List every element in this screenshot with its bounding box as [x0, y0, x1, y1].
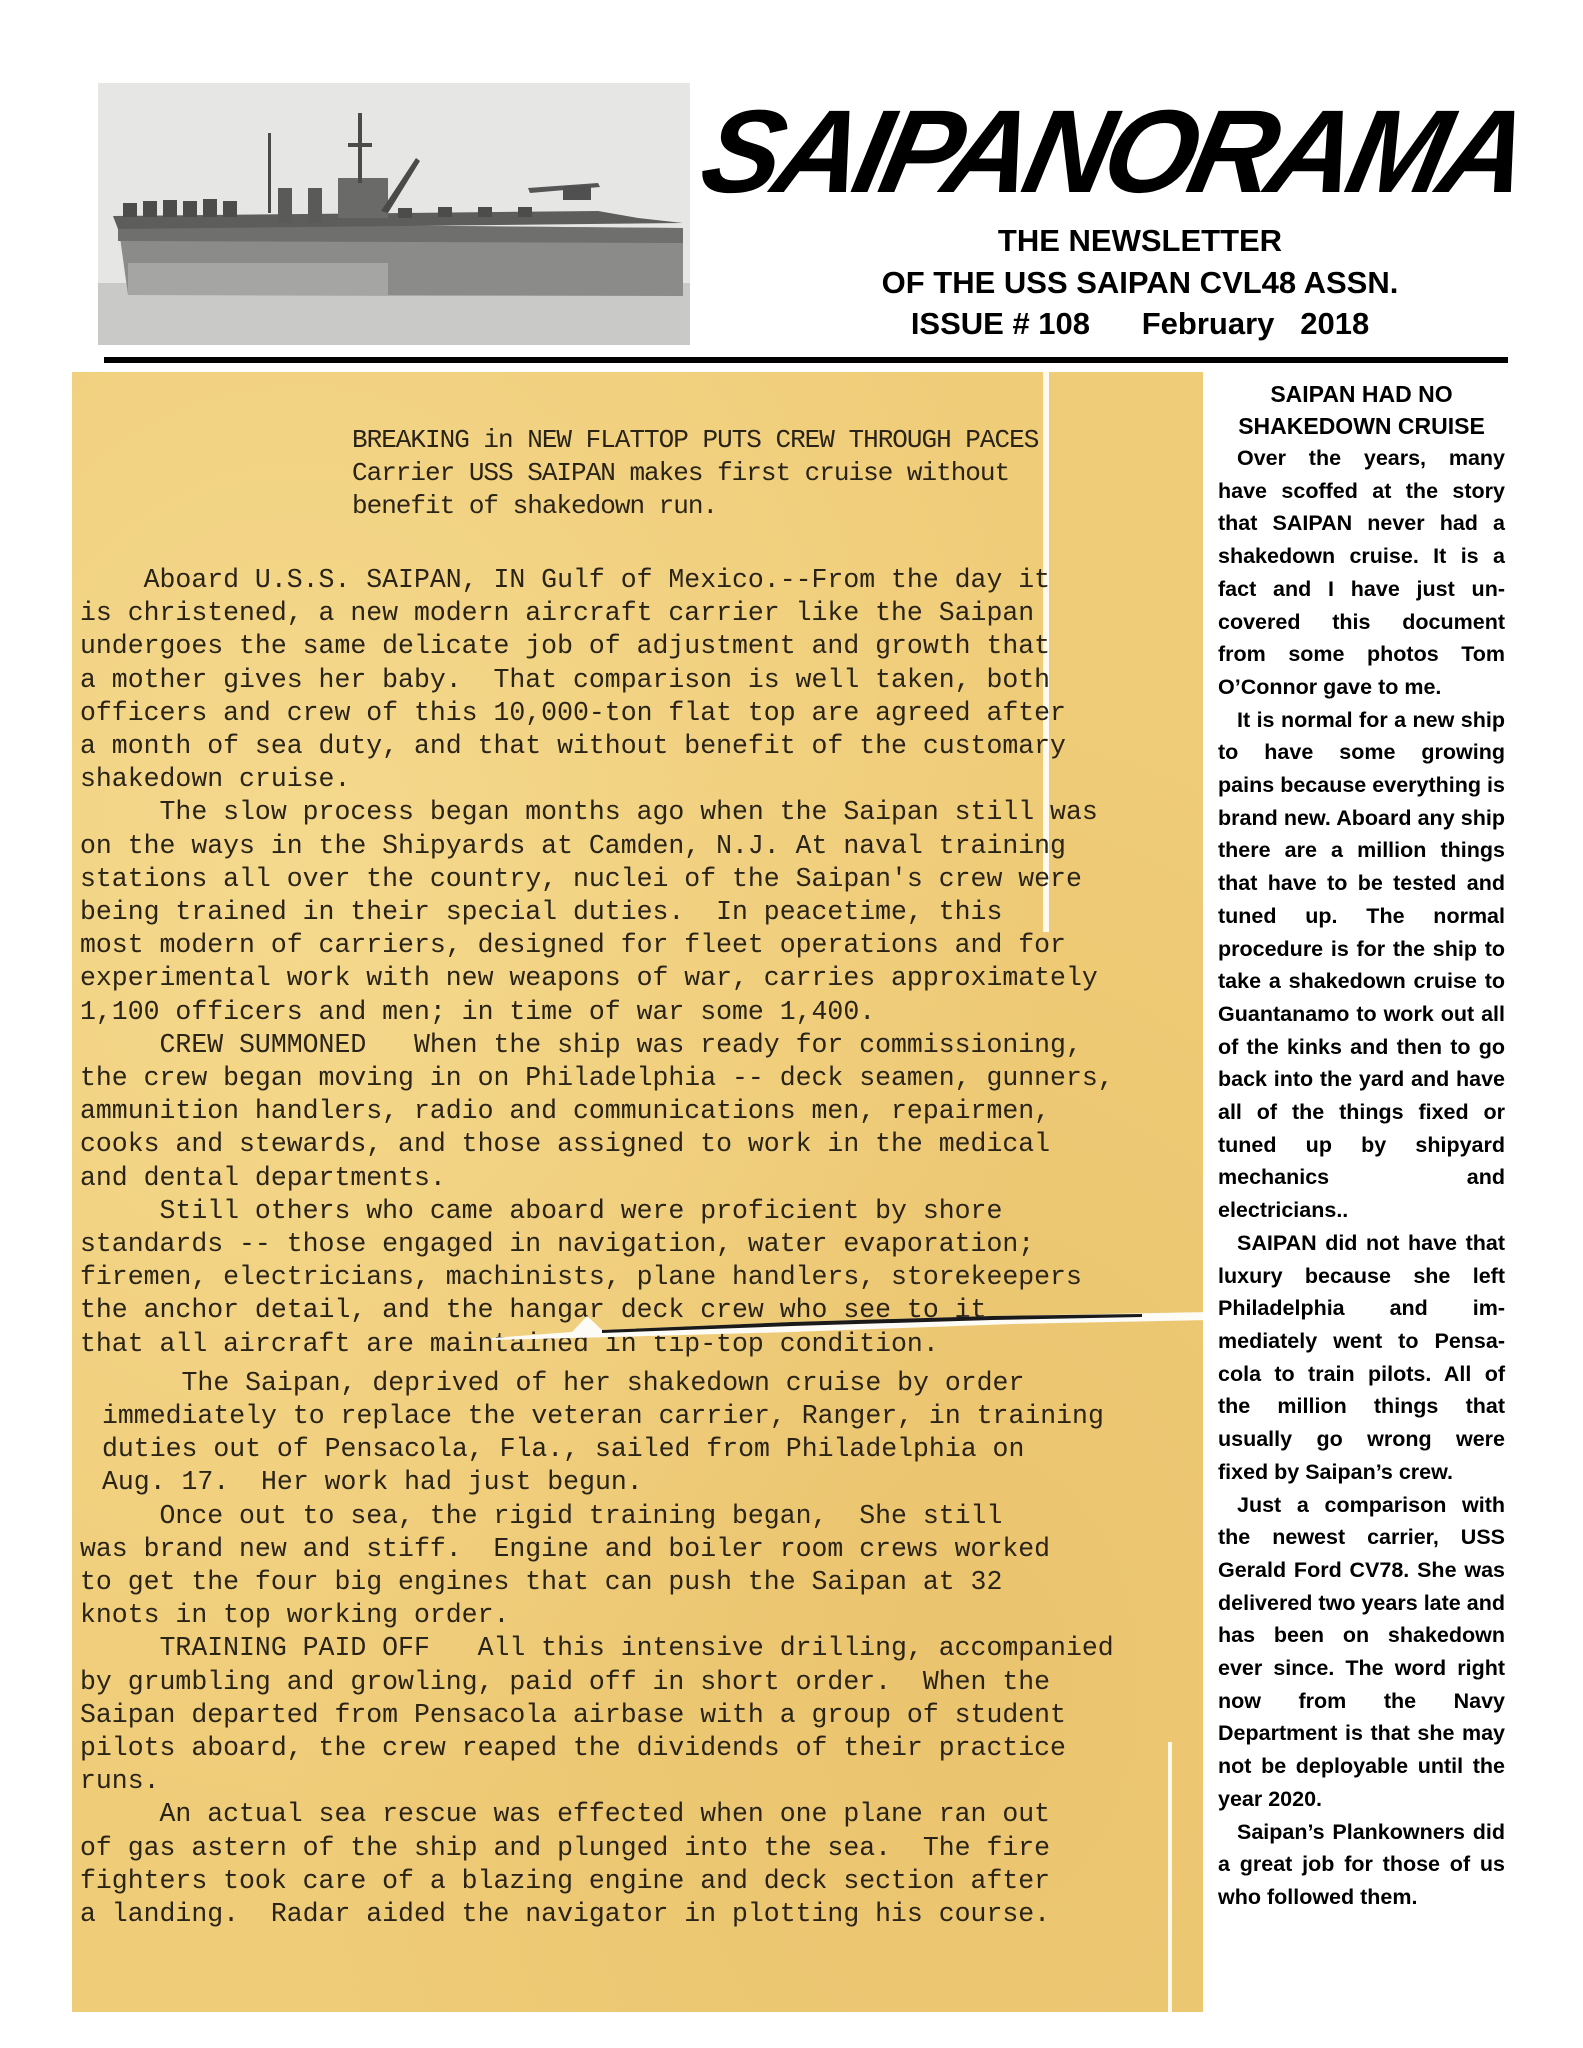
document-body-line: The Saipan, deprived of her shakedown cr… [102, 1367, 1024, 1400]
document-body-line: pilots aboard, the crew reaped the divid… [80, 1732, 1066, 1765]
document-body-line: undergoes the same delicate job of adjus… [80, 630, 1050, 663]
sidebar-article: SAIPAN HAD NO SHAKEDOWN CRUISE Over the … [1218, 378, 1505, 1914]
document-body-line: duties out of Pensacola, Fla., sailed fr… [102, 1433, 1024, 1466]
document-body-line: Aug. 17. Her work had just begun. [102, 1466, 643, 1499]
paper-tear [492, 1310, 1203, 1340]
document-body-line: was brand new and stiff. Engine and boil… [80, 1533, 1050, 1566]
document-body-line: being trained in their special duties. I… [80, 896, 1002, 929]
document-body-line: to get the four big engines that can pus… [80, 1566, 1002, 1599]
document-body-line: most modern of carriers, designed for fl… [80, 929, 1066, 962]
document-body-line: Still others who came aboard were profic… [80, 1195, 1002, 1228]
document-body-line: CREW SUMMONED When the ship was ready fo… [80, 1029, 1082, 1062]
document-body-line: Once out to sea, the rigid training bega… [80, 1500, 1002, 1533]
document-body-line: 1,100 officers and men; in time of war s… [80, 996, 875, 1029]
article-paragraph: Over the years, many have scoffed at the… [1218, 442, 1505, 704]
newsletter-title: SAIPANORAMA [692, 92, 1518, 212]
document-body-line: cooks and stewards, and those assigned t… [80, 1128, 1050, 1161]
document-body-line: Saipan departed from Pensacola airbase w… [80, 1699, 1066, 1732]
article-paragraph: Saipan’s Plankowners did a great job for… [1218, 1816, 1505, 1914]
document-body-line: The slow process began months ago when t… [80, 796, 1098, 829]
document-body-line: and dental departments. [80, 1162, 446, 1195]
document-body-line: stations all over the country, nuclei of… [80, 863, 1082, 896]
document-body-line: a mother gives her baby. That comparison… [80, 664, 1050, 697]
document-body-line: by grumbling and growling, paid off in s… [80, 1666, 1050, 1699]
document-body-line: knots in top working order. [80, 1599, 509, 1632]
document-body-line: ammunition handlers, radio and communica… [80, 1095, 1050, 1128]
document-headline-line: benefit of shakedown run. [352, 490, 717, 523]
newsletter-subtitle: THE NEWSLETTER [820, 222, 1460, 260]
document-headline-line: BREAKING in NEW FLATTOP PUTS CREW THROUG… [352, 424, 1038, 457]
aircraft-carrier-photo [98, 83, 690, 345]
ship-illustration [98, 83, 690, 345]
document-headline-line: Carrier USS SAIPAN makes first cruise wi… [352, 457, 1009, 490]
association-name: OF THE USS SAIPAN CVL48 ASSN. [820, 264, 1460, 302]
issue-line: ISSUE # 108 February 2018 [820, 305, 1460, 343]
issue-number: ISSUE # 108 [911, 306, 1090, 341]
document-body-line: is christened, a new modern aircraft car… [80, 597, 1034, 630]
document-body-line: shakedown cruise. [80, 763, 350, 796]
document-body-line: standards -- those engaged in navigation… [80, 1228, 1034, 1261]
document-body-line: runs. [80, 1765, 160, 1798]
document-body-line: experimental work with new weapons of wa… [80, 962, 1098, 995]
document-body-line: immediately to replace the veteran carri… [102, 1400, 1104, 1433]
document-body-line: a month of sea duty, and that without be… [80, 730, 1066, 763]
document-body-line: a landing. Radar aided the navigator in … [80, 1898, 1050, 1931]
paper-crease [1168, 1742, 1172, 2012]
document-body-line: firemen, electricians, machinists, plane… [80, 1261, 1082, 1294]
document-body-line: fighters took care of a blazing engine a… [80, 1865, 1050, 1898]
document-body-line: TRAINING PAID OFF All this intensive dri… [80, 1632, 1114, 1665]
document-body-line: the crew began moving in on Philadelphia… [80, 1062, 1114, 1095]
document-body-line: of gas astern of the ship and plunged in… [80, 1832, 1050, 1865]
header-divider [104, 357, 1508, 363]
typewritten-document: BREAKING in NEW FLATTOP PUTS CREW THROUG… [72, 372, 1203, 2012]
document-body-line: on the ways in the Shipyards at Camden, … [80, 830, 1066, 863]
article-paragraph: SAIPAN did not have that luxury because … [1218, 1227, 1505, 1489]
document-body-line: officers and crew of this 10,000-ton fla… [80, 697, 1066, 730]
document-body-line: Aboard U.S.S. SAIPAN, IN Gulf of Mexico.… [80, 564, 1050, 597]
article-heading: SAIPAN HAD NO SHAKEDOWN CRUISE [1218, 378, 1505, 442]
issue-date: February 2018 [1142, 306, 1369, 341]
article-paragraph: It is normal for a new ship to have some… [1218, 704, 1505, 1227]
document-body-line: An actual sea rescue was effected when o… [80, 1798, 1050, 1831]
article-paragraph: Just a comparison with the newest carrie… [1218, 1489, 1505, 1816]
